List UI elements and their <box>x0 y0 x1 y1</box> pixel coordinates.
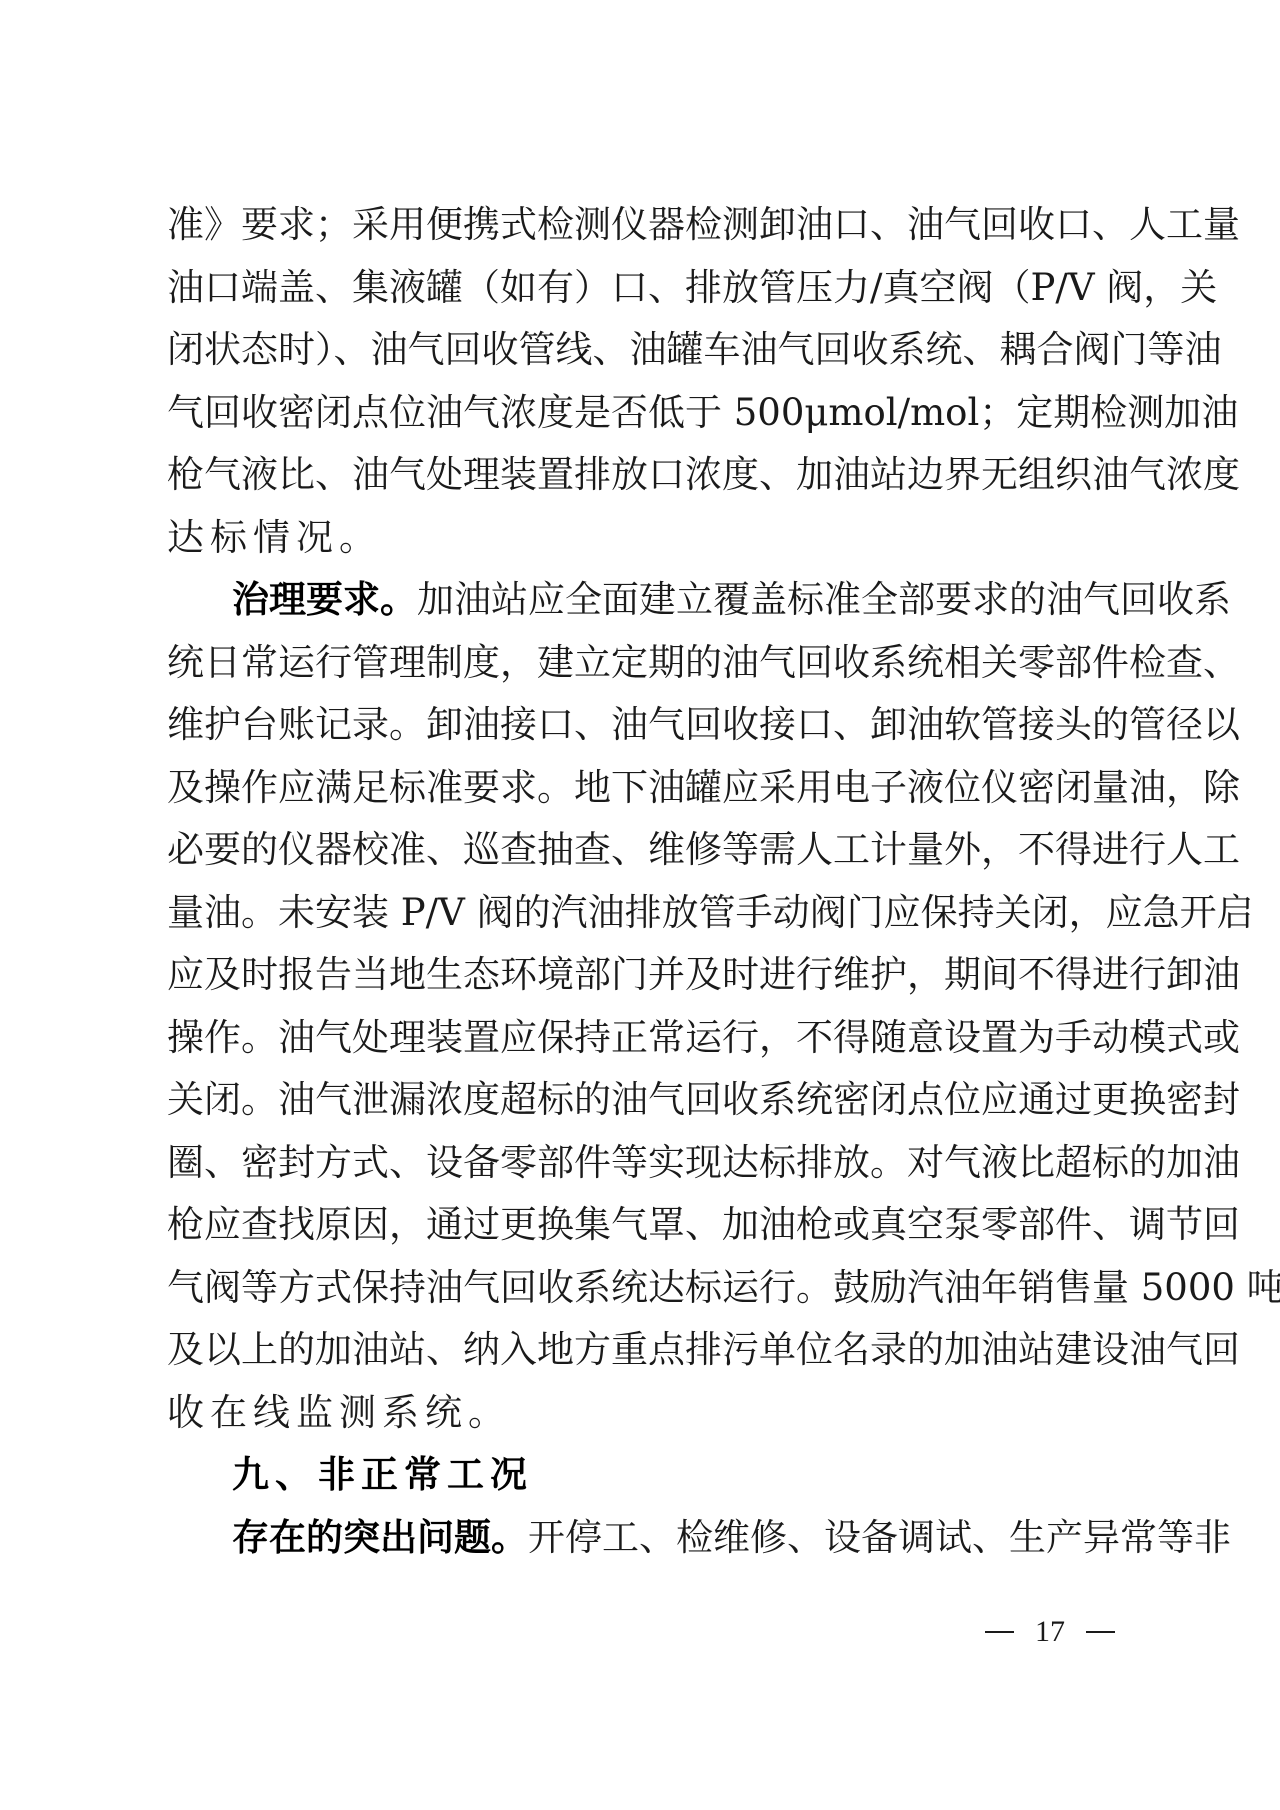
body-text-line: 关闭。油气泄漏浓度超标的油气回收系统密闭点位应通过更换密封 <box>167 1069 1112 1131</box>
body-text-line: 达标情况。 <box>167 507 1112 569</box>
body-text-line: 必要的仪器校准、巡查抽查、维修等需人工计量外，不得进行人工 <box>167 819 1112 881</box>
body-text-line: 枪气液比、油气处理装置排放口浓度、加油站边界无组织油气浓度 <box>167 444 1112 506</box>
body-text-line: 收在线监测系统。 <box>167 1382 1112 1444</box>
body-text-line: 维护台账记录。卸油接口、油气回收接口、卸油软管接头的管径以 <box>167 694 1112 756</box>
body-text-line: 枪应查找原因，通过更换集气罩、加油枪或真空泵零部件、调节回 <box>167 1194 1112 1256</box>
document-page: 准》要求；采用便携式检测仪器检测卸油口、油气回收口、人工量 油口端盖、集液罐（如… <box>0 0 1280 1810</box>
page-number-value: 17 <box>1035 1612 1065 1652</box>
body-text-line: 气阀等方式保持油气回收系统达标运行。鼓励汽油年销售量 5000 吨 <box>167 1257 1112 1319</box>
dash-left <box>985 1631 1014 1633</box>
dash-right <box>1086 1631 1115 1633</box>
body-text: 加油站应全面建立覆盖标准全部要求的油气回收系 <box>417 578 1231 621</box>
body-text-line: 应及时报告当地生态环境部门并及时进行维护，期间不得进行卸油 <box>167 944 1112 1006</box>
body-text-line: 及操作应满足标准要求。地下油罐应采用电子液位仪密闭量油，除 <box>167 757 1112 819</box>
body-text-line: 操作。油气处理装置应保持正常运行，不得随意设置为手动模式或 <box>167 1007 1112 1069</box>
body-text-line: 准》要求；采用便携式检测仪器检测卸油口、油气回收口、人工量 <box>167 194 1112 256</box>
section-heading: 九、非正常工况 <box>232 1444 1112 1506</box>
body-text-line: 圈、密封方式、设备零部件等实现达标排放。对气液比超标的加油 <box>167 1132 1112 1194</box>
body-text-line: 量油。未安装 P/V 阀的汽油排放管手动阀门应保持关闭，应急开启 <box>167 882 1112 944</box>
body-text-line: 统日常运行管理制度，建立定期的油气回收系统相关零部件检查、 <box>167 632 1112 694</box>
page-number: 17 <box>985 1612 1115 1652</box>
body-text-line: 及以上的加油站、纳入地方重点排污单位名录的加油站建设油气回 <box>167 1319 1112 1381</box>
body-text-line: 闭状态时）、油气回收管线、油罐车油气回收系统、耦合阀门等油 <box>167 319 1112 381</box>
body-text: 开停工、检维修、设备调试、生产异常等非 <box>528 1516 1231 1559</box>
paragraph-first-line: 存在的突出问题。开停工、检维修、设备调试、生产异常等非 <box>232 1507 1112 1569</box>
paragraph-first-line: 治理要求。加油站应全面建立覆盖标准全部要求的油气回收系 <box>232 569 1112 631</box>
paragraph-lead-governance-requirements: 治理要求。 <box>232 578 417 621</box>
body-text-line: 油口端盖、集液罐（如有）口、排放管压力/真空阀（P/V 阀，关 <box>167 257 1112 319</box>
paragraph-lead-prominent-issues: 存在的突出问题。 <box>232 1516 528 1559</box>
body-text-line: 气回收密闭点位油气浓度是否低于 500μmol/mol；定期检测加油 <box>167 382 1112 444</box>
